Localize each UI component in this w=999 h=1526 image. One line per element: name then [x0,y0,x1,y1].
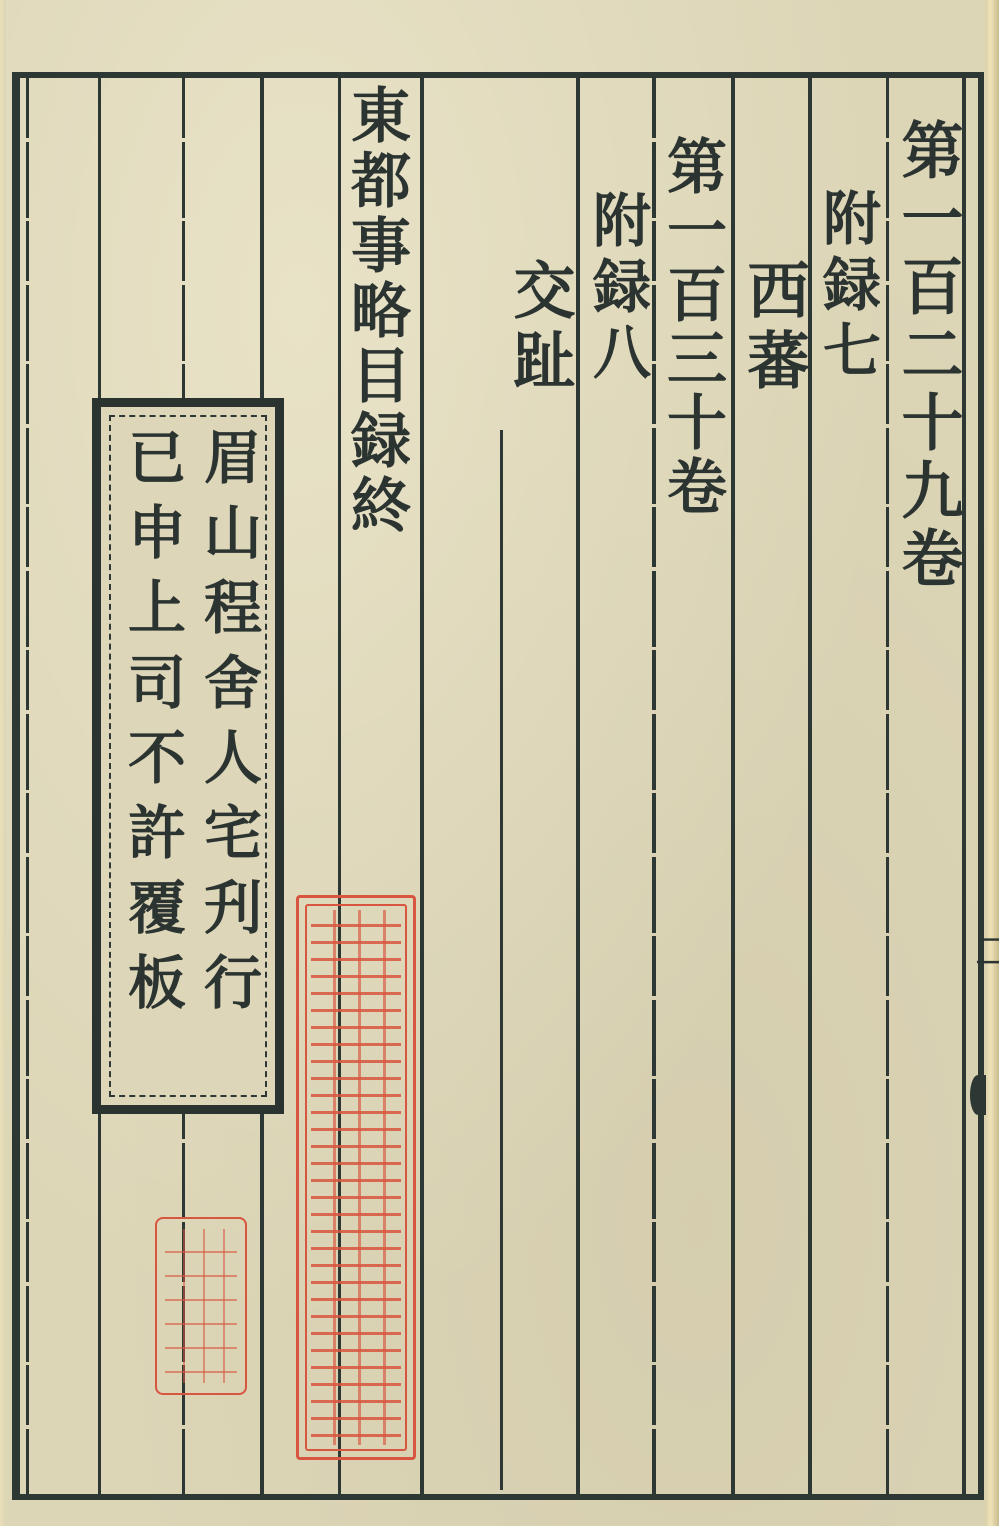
page-left-edge [0,0,6,1526]
toc-appendix-7: 附録七 [818,188,876,386]
page-right-edge [985,0,999,1526]
fishtail-mark-icon [970,1075,986,1115]
toc-appendix-8: 附録八 [588,190,646,388]
seal-script-pattern [311,910,401,1445]
small-collector-seal [155,1217,247,1395]
colophon-line-1: 眉山程舍人宅刋行 [199,427,257,1027]
column-rule [500,430,503,1490]
column-rule [731,78,735,1496]
column-rule [26,78,29,1496]
toc-section-xifan: 西蕃 [742,258,804,398]
column-rule [576,78,580,1496]
book-page: 第一百二十九卷 附録七 西蕃 第一百三十卷 附録八 交趾 東都事略目録終 眉山程… [0,0,999,1526]
large-collector-seal [296,895,416,1460]
toc-volume-129: 第一百二十九卷 [896,118,958,594]
column-rule [652,78,656,1496]
toc-end-marker: 東都事略目録終 [346,84,406,539]
adjacent-page-fragment: 二 [972,930,999,972]
colophon-box: 眉山程舍人宅刋行 已申上司不許覆板 [92,398,284,1114]
colophon-line-2: 已申上司不許覆板 [123,427,181,1027]
toc-volume-130: 第一百三十卷 [662,135,722,519]
column-rule [886,78,889,1496]
seal-script-pattern [165,1229,237,1383]
toc-section-jiaozhi: 交趾 [508,258,570,398]
column-rule [420,78,424,1496]
